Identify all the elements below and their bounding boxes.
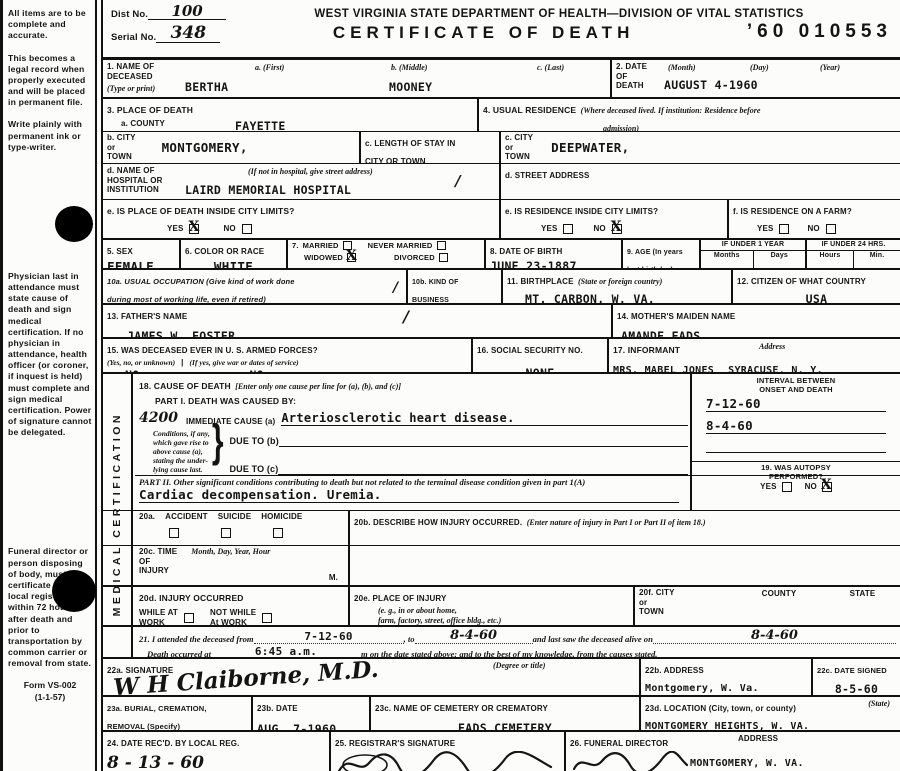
no-label: NO	[223, 224, 235, 234]
immediate-cause-value: Arteriosclerotic heart disease.	[281, 411, 688, 426]
field-3e-inside-city-limits: e. IS PLACE OF DEATH INSIDE CITY LIMITS?…	[103, 200, 499, 238]
signature-address-label: 22b. ADDRESS	[645, 666, 704, 675]
age-label: 9. AGE (In years last birthday)	[627, 249, 683, 268]
row-city-limits: e. IS PLACE OF DEATH INSIDE CITY LIMITS?…	[103, 199, 900, 238]
first-name-value: BERTHA	[185, 80, 228, 94]
funeral-director-signature-scribble	[570, 751, 690, 771]
row-name-date: 1. NAME OF DECEASED (Type or print) a. (…	[103, 57, 900, 97]
informant-address-value: SYRACUSE, N. Y.	[728, 365, 823, 372]
serial-no-label: Serial No.	[111, 32, 156, 43]
row-20def: 20d. INJURY OCCURRED WHILE AT WORK NOT W…	[103, 585, 900, 625]
checkbox-not-while-at-work	[262, 613, 272, 623]
field-9-under-1-year: IF UNDER 1 YEAR Months Days	[699, 240, 805, 268]
burial-date-label: 23b. DATE	[257, 704, 298, 713]
city-value: MONTGOMERY,	[162, 140, 248, 155]
under-24-hrs-label: IF UNDER 24 HRS.	[807, 240, 900, 251]
field-22a-signature: 22a. SIGNATURE (Degree or title) W H Cla…	[103, 659, 639, 695]
cause-of-death-note: [Enter only one cause per line for (a), …	[235, 382, 401, 391]
hours-label: Hours	[807, 251, 853, 268]
field-20f-city-county-state: 20f. CITY or TOWN COUNTY STATE	[633, 587, 900, 625]
location-value: MONTGOMERY HEIGHTS, W. VA.	[645, 721, 896, 730]
county-label: a. COUNTY	[121, 119, 165, 131]
field-20a-number: 20a.	[139, 512, 155, 522]
interval-blank-line	[706, 452, 886, 453]
injury-city-label: 20f. CITY or TOWN	[639, 588, 729, 624]
field-23b-burial-date: 23b. DATE AUG. 7-1960	[251, 697, 369, 730]
birthplace-value: MT. CARBON, W. VA.	[525, 292, 727, 303]
birthplace-label: 11. BIRTHPLACE	[507, 277, 574, 286]
interval-header: INTERVAL BETWEEN ONSET AND DEATH	[692, 374, 900, 394]
due-to-c-label: DUE TO (c)	[230, 464, 279, 475]
field-13-fathers-name: 13. FATHER'S NAME / JAMES W. FOSTER	[103, 305, 611, 337]
field-20c-time-of-injury: 20c. TIME OF INJURY Month, Day, Year, Ho…	[135, 546, 348, 585]
death-occurred-text: Death occurred at	[147, 649, 211, 657]
never-married-label: NEVER MARRIED	[368, 241, 433, 250]
injury-occurred-label: 20d. INJURY OCCURRED	[139, 593, 244, 603]
row-place-residence: 3. PLACE OF DEATH a. COUNTY FAYETTE 4. U…	[103, 97, 900, 131]
married-label: MARRIED	[303, 241, 339, 250]
residence-city-label: c. CITY or TOWN	[505, 133, 533, 162]
handwritten-slash-mark: /	[403, 307, 409, 326]
field-12-citizen: 12. CITIZEN OF WHAT COUNTRY USA	[731, 270, 900, 303]
field-23a-burial: 23a. BURIAL, CREMATION, REMOVAL (Specify…	[103, 697, 251, 730]
citizen-label: 12. CITIZEN OF WHAT COUNTRY	[737, 277, 866, 286]
field-22c-date-signed: 22c. DATE SIGNED 8-5-60	[811, 659, 900, 695]
field-22b-address: 22b. ADDRESS Montgomery, W. Va.	[639, 659, 811, 695]
location-label: 23d. LOCATION (City, town, or county)	[645, 704, 796, 713]
residence-limits-question: e. IS RESIDENCE INSIDE CITY LIMITS?	[505, 207, 658, 216]
row-20c: 20c. TIME OF INJURY Month, Day, Year, Ho…	[103, 545, 900, 585]
field-17-informant: 17. INFORMANT Address MRS. MABEL JONES S…	[607, 339, 900, 372]
type-or-print-note: (Type or print)	[107, 84, 155, 94]
informant-name-value: MRS. MABEL JONES	[613, 365, 714, 372]
residence-city-value: DEEPWATER,	[551, 140, 629, 155]
section-18-cause-of-death: INTERVAL BETWEEN ONSET AND DEATH 7-12-60…	[103, 372, 900, 510]
field-25-registrar-signature: 25. REGISTRAR'S SIGNATURE	[329, 732, 564, 771]
checkbox-place-limits-no	[242, 224, 252, 234]
margin-note-2: This becomes a legal record when properl…	[8, 53, 92, 109]
x-mark: X	[188, 220, 199, 234]
mothers-name-label: 14. MOTHER'S MAIDEN NAME	[617, 312, 735, 321]
field-23d-location: 23d. LOCATION (City, town, or county) (S…	[639, 697, 900, 730]
accident-label: ACCIDENT	[165, 512, 208, 522]
field-3d-hospital: d. NAME OF HOSPITAL OR INSTITUTION (If n…	[103, 164, 499, 199]
field-2-date-of-death: 2. DATE OF DEATH (Month) (Day) (Year) AU…	[610, 60, 900, 97]
city-label: b. CITY or TOWN	[107, 133, 136, 162]
sex-value: FEMALE	[107, 259, 175, 268]
days-label: Days	[753, 251, 806, 268]
field-16-social-security: 16. SOCIAL SECURITY NO. NONE	[471, 339, 607, 372]
checkbox-homicide	[273, 528, 283, 538]
attended-text-1: 21. I attended the deceased from	[139, 634, 254, 644]
business-label: 10b. KIND OF BUSINESS OR INDUSTRY	[412, 279, 462, 303]
first-name-header: a. (First)	[255, 63, 284, 73]
place-limits-question: e. IS PLACE OF DEATH INSIDE CITY LIMITS?	[107, 206, 295, 216]
date-of-death-label: 2. DATE OF DEATH	[616, 62, 647, 91]
attended-text-3: and last saw the deceased alive on	[533, 634, 653, 644]
field-15-armed-forces: 15. WAS DECEASED EVER IN U. S. ARMED FOR…	[103, 339, 471, 372]
date-signed-value: 8-5-60	[817, 682, 896, 695]
field-20b-describe-injury: 20b. DESCRIBE HOW INJURY OCCURRED. (Ente…	[348, 511, 900, 545]
margin-note-1: All items are to be complete and accurat…	[8, 8, 92, 42]
widowed-label: WIDOWED	[304, 253, 343, 262]
cemetery-value: EADS CEMETERY	[375, 721, 635, 730]
checkbox-while-at-work	[184, 613, 194, 623]
yes-label: YES	[167, 224, 183, 234]
ssn-label: 16. SOCIAL SECURITY NO.	[477, 346, 583, 355]
suicide-label: SUICIDE	[218, 512, 252, 522]
handwritten-slash-mark: /	[393, 280, 398, 296]
field-3-place-of-death: 3. PLACE OF DEATH a. COUNTY FAYETTE	[103, 99, 477, 131]
last-seen-alive-date: 8-4-60	[653, 628, 896, 644]
signature-address-value: Montgomery, W. Va.	[645, 683, 807, 694]
fathers-name-label: 13. FATHER'S NAME	[107, 312, 187, 321]
checkbox-suicide	[221, 528, 231, 538]
hospital-note: (If not in hospital, give street address…	[248, 167, 373, 177]
no-label: NO	[807, 224, 819, 234]
street-address-label: d. STREET ADDRESS	[505, 171, 589, 180]
header-row: Dist No. 100 WEST VIRGINIA STATE DEPARTM…	[103, 0, 900, 57]
checkbox-never-married	[437, 241, 446, 250]
field-23c-cemetery: 23c. NAME OF CEMETERY OR CREMATORY EADS …	[369, 697, 639, 730]
checkbox-farm-no	[826, 224, 836, 234]
field-4e-residence-limits: e. IS RESIDENCE INSIDE CITY LIMITS? YES …	[499, 200, 727, 238]
day-header: (Day)	[750, 63, 769, 73]
min-label: Min.	[853, 251, 900, 268]
cause-of-death-label: 18. CAUSE OF DEATH	[139, 381, 231, 391]
field-9-under-24-hrs: IF UNDER 24 HRS. Hours Min.	[805, 240, 900, 268]
row-21-attendance: 21. I attended the deceased from 7-12-60…	[103, 625, 900, 657]
part2-label: PART II. Other significant conditions co…	[139, 477, 691, 487]
hole-punch	[52, 570, 96, 612]
citizen-value: USA	[737, 292, 896, 303]
death-occurred-text-2: m on the date stated above; and to the b…	[361, 649, 657, 657]
margin-note-4: Physician last in attendance must state …	[8, 271, 92, 439]
field-1-name-of-deceased: 1. NAME OF DECEASED (Type or print) a. (…	[103, 60, 610, 97]
attended-from-date: 7-12-60	[254, 630, 404, 644]
while-at-work-label: WHILE AT WORK	[139, 608, 178, 625]
last-name-value: MOONEY	[389, 80, 432, 94]
date-of-death-value: AUGUST 4-1960	[664, 78, 758, 92]
usual-residence-note2: admission)	[603, 124, 639, 131]
certificate-form: MEDICAL CERTIFICATION Dist No. 100 WEST …	[101, 0, 900, 771]
length-of-stay-label: c. LENGTH OF STAY IN CITY OR TOWN	[365, 139, 455, 163]
row-armed-forces: 15. WAS DECEASED EVER IN U. S. ARMED FOR…	[103, 337, 900, 372]
registrar-signature-scribble	[335, 751, 555, 771]
field-3b-city: b. CITY or TOWN MONTGOMERY,	[103, 132, 359, 163]
field-7-marital-status: 7. MARRIED NEVER MARRIED WIDOWED X DIVOR…	[286, 240, 484, 268]
interval-value-b: 8-4-60	[706, 418, 886, 434]
hospital-label: d. NAME OF HOSPITAL OR INSTITUTION	[107, 166, 163, 195]
divider-bar: |	[181, 358, 183, 368]
immediate-cause-label: IMMEDIATE CAUSE (a)	[186, 417, 275, 427]
row-22-signature: 22a. SIGNATURE (Degree or title) W H Cla…	[103, 657, 900, 695]
checkbox-residence-limits-no: X	[612, 224, 622, 234]
due-to-b-label: DUE TO (b)	[230, 436, 279, 447]
field-4f-residence-farm: f. IS RESIDENCE ON A FARM? YES NO	[727, 200, 900, 238]
funeral-director-address-value: MONTGOMERY, W. VA.	[690, 758, 804, 769]
date-of-birth-value: JUNE 23-1887	[490, 259, 617, 268]
checkbox-residence-limits-yes	[563, 224, 573, 234]
date-of-birth-label: 8. DATE OF BIRTH	[490, 247, 562, 256]
armed-forces-sub2: (If yes, give war or dates of service)	[190, 358, 299, 367]
no-label: NO	[593, 224, 605, 234]
farm-question: f. IS RESIDENCE ON A FARM?	[733, 207, 852, 216]
handwritten-slash-mark: /	[455, 172, 460, 190]
occupation-label: 10a. USUAL OCCUPATION (Give kind of work…	[107, 277, 295, 303]
under-1-year-label: IF UNDER 1 YEAR	[701, 240, 805, 251]
death-certificate-scan: All items are to be complete and accurat…	[0, 0, 900, 771]
row-20ab: 20a. ACCIDENT SUICIDE HOMICIDE 20b. DESC…	[103, 510, 900, 545]
field-10a-usual-occupation: 10a. USUAL OCCUPATION (Give kind of work…	[103, 270, 406, 303]
homicide-label: HOMICIDE	[261, 512, 302, 522]
marital-number: 7.	[292, 241, 299, 250]
death-time-value: 6:45 a.m.	[211, 645, 361, 657]
cemetery-label: 23c. NAME OF CEMETERY OR CREMATORY	[375, 704, 548, 713]
certificate-stamp-number: ’60 010553	[747, 21, 892, 43]
funeral-director-address-header: ADDRESS	[738, 734, 778, 744]
field-24-date-received: 24. DATE REC'D. BY LOCAL REG. 8 - 13 - 6…	[103, 732, 329, 771]
registrar-signature-label: 25. REGISTRAR'S SIGNATURE	[335, 739, 455, 748]
birthplace-note: (State or foreign country)	[578, 277, 662, 286]
row-parents: 13. FATHER'S NAME / JAMES W. FOSTER 14. …	[103, 303, 900, 337]
field-4d-street-address: d. STREET ADDRESS	[499, 164, 900, 199]
informant-address-header: Address	[759, 342, 785, 352]
burial-date-value: AUG. 7-1960	[257, 722, 365, 730]
field-5-sex: 5. SEX FEMALE	[103, 240, 179, 268]
place-of-injury-note: (e. g., in or about home, farm, factory,…	[378, 606, 629, 625]
row-registration: 24. DATE REC'D. BY LOCAL REG. 8 - 13 - 6…	[103, 730, 900, 771]
months-label: Months	[701, 251, 753, 268]
physician-signature: W H Claiborne, M.D.	[112, 659, 379, 695]
checkbox-widowed: X	[347, 253, 356, 262]
field-14-mothers-maiden-name: 14. MOTHER'S MAIDEN NAME AMANDE EADS	[611, 305, 900, 337]
field-8-date-of-birth: 8. DATE OF BIRTH JUNE 23-1887	[484, 240, 621, 268]
part1-label: PART I. DEATH WAS CAUSED BY:	[155, 396, 688, 406]
field-20d-injury-occurred: 20d. INJURY OCCURRED WHILE AT WORK NOT W…	[135, 587, 348, 625]
field-11-birthplace: 11. BIRTHPLACE (State or foreign country…	[501, 270, 731, 303]
due-to-b-blank	[279, 435, 688, 447]
armed-forces-question: 15. WAS DECEASED EVER IN U. S. ARMED FOR…	[107, 346, 318, 355]
field-20c-blank	[348, 546, 900, 585]
checkbox-accident	[169, 528, 179, 538]
dist-no-value: 100	[148, 4, 226, 20]
checkbox-farm-yes	[779, 224, 789, 234]
describe-injury-label: 20b. DESCRIBE HOW INJURY OCCURRED.	[354, 518, 522, 527]
attended-to-date: 8-4-60	[415, 628, 533, 644]
describe-injury-note: (Enter nature of injury in Part I or Par…	[527, 518, 706, 527]
field-20e-place-of-injury: 20e. PLACE OF INJURY (e. g., in or about…	[348, 587, 633, 625]
department-title: WEST VIRGINIA STATE DEPARTMENT OF HEALTH…	[226, 8, 892, 20]
county-value: FAYETTE	[235, 119, 286, 131]
armed-forces-sub1: (Yes, no, or unknown)	[107, 358, 175, 367]
cause-code-handwritten: 4200	[139, 410, 178, 426]
usual-residence-note: (Where deceased lived. If institution: R…	[581, 106, 761, 115]
middle-name-header: b. (Middle)	[391, 63, 427, 73]
name-label: 1. NAME OF DECEASED	[107, 62, 154, 81]
race-value: WHITE	[185, 259, 282, 268]
checkbox-divorced	[439, 253, 448, 262]
year-header: (Year)	[820, 63, 840, 73]
checkbox-place-limits-yes: X	[189, 224, 199, 234]
field-6-color-or-race: 6. COLOR OR RACE WHITE	[179, 240, 286, 268]
serial-no-value: 348	[156, 25, 220, 43]
x-mark: X	[611, 220, 622, 234]
hospital-value: LAIRD MEMORIAL HOSPITAL	[185, 183, 351, 197]
part2-value: Cardiac decompensation. Uremia.	[139, 487, 679, 503]
part2-strip: PART II. Other significant conditions co…	[135, 475, 900, 504]
injury-state-label: STATE	[829, 588, 896, 624]
usual-residence-label: 4. USUAL RESIDENCE	[483, 105, 576, 115]
yes-label: YES	[541, 224, 557, 234]
field-9-age: 9. AGE (In years last birthday) 73	[621, 240, 699, 268]
fathers-name-value: JAMES W. FOSTER	[127, 329, 607, 337]
field-10b-kind-of-business: 10b. KIND OF BUSINESS OR INDUSTRY NONE	[406, 270, 501, 303]
location-state-note: (State)	[868, 699, 890, 709]
field-3c-length-of-stay: c. LENGTH OF STAY IN CITY OR TOWN	[359, 132, 499, 163]
conditions-note: Conditions, if any, which gave rise to a…	[153, 429, 210, 475]
row-occupation: 10a. USUAL OCCUPATION (Give kind of work…	[103, 268, 900, 303]
place-of-injury-label: 20e. PLACE OF INJURY	[354, 594, 447, 603]
informant-label: 17. INFORMANT	[613, 345, 680, 355]
margin-note-3: Write plainly with permanent ink or type…	[8, 119, 92, 153]
left-instruction-margin: All items are to be complete and accurat…	[0, 0, 97, 771]
field-4c-city: c. CITY or TOWN DEEPWATER,	[499, 132, 900, 163]
burial-label: 23a. BURIAL, CREMATION, REMOVAL (Specify…	[107, 704, 207, 730]
date-received-label: 24. DATE REC'D. BY LOCAL REG.	[107, 739, 240, 748]
time-of-injury-label: 20c. TIME OF INJURY	[139, 547, 177, 576]
field-26-funeral-director: 26. FUNERAL DIRECTOR ADDRESS MONTGOMERY,…	[564, 732, 900, 771]
degree-or-title-note: (Degree or title)	[493, 661, 545, 671]
funeral-director-label: 26. FUNERAL DIRECTOR	[570, 739, 668, 748]
month-header: (Month)	[668, 63, 696, 73]
place-of-death-label: 3. PLACE OF DEATH	[107, 105, 193, 115]
field-20a-accident-suicide-homicide: 20a. ACCIDENT SUICIDE HOMICIDE	[135, 511, 348, 545]
hole-punch	[55, 206, 93, 242]
mothers-name-value: AMANDE EADS	[621, 329, 896, 337]
dist-no-label: Dist No.	[111, 9, 148, 20]
yes-label: YES	[757, 224, 773, 234]
field-4-usual-residence: 4. USUAL RESIDENCE (Where deceased lived…	[477, 99, 900, 131]
certificate-title: CERTIFICATE OF DEATH	[220, 23, 747, 43]
attended-text-2: , to	[404, 634, 415, 644]
time-of-injury-sub: Month, Day, Year, Hour	[191, 547, 270, 576]
form-number: Form VS-002 (1-1-57)	[8, 680, 92, 702]
x-mark: X	[346, 249, 357, 263]
last-name-header: c. (Last)	[537, 63, 564, 73]
divorced-label: DIVORCED	[394, 253, 435, 262]
row-hospital-street: d. NAME OF HOSPITAL OR INSTITUTION (If n…	[103, 163, 900, 199]
race-label: 6. COLOR OR RACE	[185, 247, 264, 256]
meridiem-label: M.	[329, 573, 338, 583]
sex-label: 5. SEX	[107, 247, 133, 256]
row-cities: b. CITY or TOWN MONTGOMERY, c. LENGTH OF…	[103, 131, 900, 163]
row-sex-race-marital: 5. SEX FEMALE 6. COLOR OR RACE WHITE 7. …	[103, 238, 900, 268]
date-received-value: 8 - 13 - 60	[107, 753, 325, 771]
date-signed-label: 22c. DATE SIGNED	[817, 666, 887, 675]
row-23-burial: 23a. BURIAL, CREMATION, REMOVAL (Specify…	[103, 695, 900, 730]
interval-value-a: 7-12-60	[706, 396, 886, 412]
due-to-c-blank	[278, 463, 688, 475]
injury-county-label: COUNTY	[729, 588, 829, 624]
not-while-at-work-label: NOT WHILE At WORK	[210, 608, 256, 625]
